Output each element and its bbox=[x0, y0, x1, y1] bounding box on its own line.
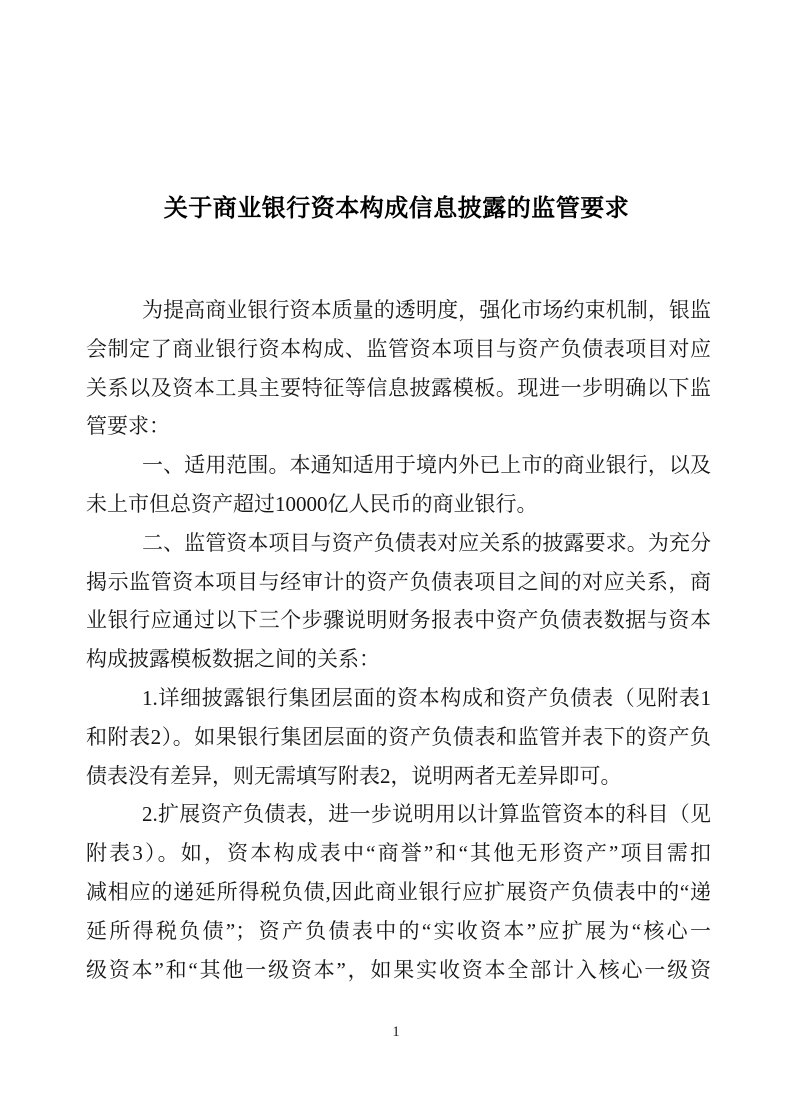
text-line: 未上市但总资产超过10000亿人民币的商业银行。 bbox=[86, 485, 711, 524]
text-line: 1.详细披露银行集团层面的资本构成和资产负债表（见附表1 bbox=[86, 679, 711, 718]
text-line: 债表没有差异，则无需填写附表2，说明两者无差异即可。 bbox=[86, 757, 711, 796]
document-body: 为提高商业银行资本质量的透明度，强化市场约束机制，银监 会制定了商业银行资本构成… bbox=[86, 291, 711, 989]
text-line: 会制定了商业银行资本构成、监管资本项目与资产负债表项目对应 bbox=[86, 330, 711, 369]
text-line: 一、适用范围。本通知适用于境内外已上市的商业银行，以及 bbox=[86, 446, 711, 485]
text-line: 为提高商业银行资本质量的透明度，强化市场约束机制，银监 bbox=[86, 291, 711, 330]
text-line: 2.扩展资产负债表，进一步说明用以计算监管资本的科目（见 bbox=[86, 795, 711, 834]
page-footer: 1 bbox=[0, 1022, 792, 1042]
text-line: 关系以及资本工具主要特征等信息披露模板。现进一步明确以下监 bbox=[86, 369, 711, 408]
text-line: 延所得税负债”；资产负债表中的“实收资本”应扩展为“核心一 bbox=[86, 912, 711, 951]
page-number: 1 bbox=[392, 1024, 400, 1040]
text-line: 管要求： bbox=[86, 407, 711, 446]
text-line: 级资本”和“其他一级资本”，如果实收资本全部计入核心一级资 bbox=[86, 951, 711, 990]
document-title: 关于商业银行资本构成信息披露的监管要求 bbox=[84, 192, 709, 226]
text-line: 减相应的递延所得税负债,因此商业银行应扩展资产负债表中的“递 bbox=[86, 873, 711, 912]
text-line: 业银行应通过以下三个步骤说明财务报表中资产负债表数据与资本 bbox=[86, 601, 711, 640]
text-line: 揭示监管资本项目与经审计的资产负债表项目之间的对应关系，商 bbox=[86, 563, 711, 602]
text-line: 附表3）。如，资本构成表中“商誉”和“其他无形资产”项目需扣 bbox=[86, 834, 711, 873]
document-page: 关于商业银行资本构成信息披露的监管要求 为提高商业银行资本质量的透明度，强化市场… bbox=[0, 0, 792, 1120]
text-line: 构成披露模板数据之间的关系： bbox=[86, 640, 711, 679]
text-line: 二、监管资本项目与资产负债表对应关系的披露要求。为充分 bbox=[86, 524, 711, 563]
text-line: 和附表2）。如果银行集团层面的资产负债表和监管并表下的资产负 bbox=[86, 718, 711, 757]
